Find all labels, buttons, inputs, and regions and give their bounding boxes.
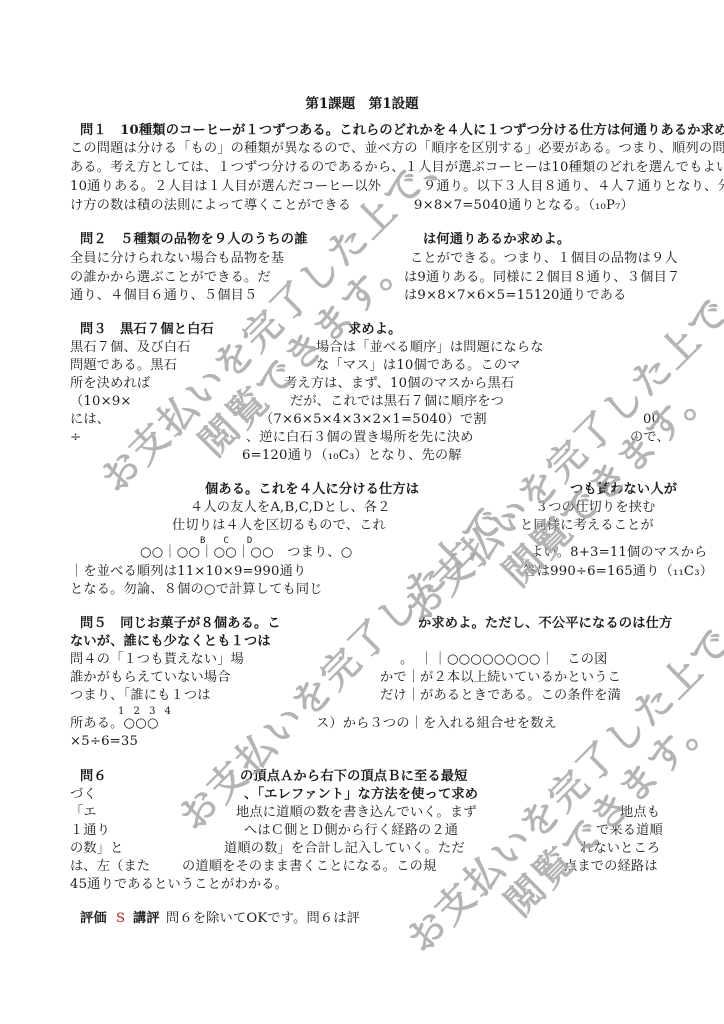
q5-heading-2: ないが、誰にも少なくとも１つは bbox=[70, 634, 271, 650]
q4-line-2b: と同様に考えることが bbox=[520, 518, 654, 534]
q6-line-2b: 地点に道順の数を書き込んでいく。まず bbox=[236, 805, 477, 821]
q3-line-6a: ÷ bbox=[70, 430, 81, 446]
q4-line-1a: ４人の友人をA,B,C,Dとし、各２ bbox=[190, 500, 391, 516]
q3-line-6b: 、逆に白石３個の置き場所を先に決め bbox=[246, 430, 474, 446]
q1-line-3a: 10通りある。２人目は１人目が選んだコーヒー以外 bbox=[70, 179, 381, 195]
q6-line-4a: の数」と bbox=[70, 841, 124, 857]
q5-line-3a: つまり、「誰にも１つは bbox=[70, 688, 211, 704]
q3-line-5b: （7×6×5×4×3×2×1=5040）で割 bbox=[260, 412, 487, 428]
q2-line-2b: は9通りある。同様に２個目８通り、３個目７ bbox=[404, 270, 680, 286]
q2-line-3a: 通り、４個目６通り、５個目５ bbox=[70, 288, 257, 304]
q6-line-3c: で来る道順 bbox=[596, 823, 663, 839]
q2-heading-a: 問２ ５種類の品物を９人のうちの誰 bbox=[80, 232, 308, 248]
q3-line-4a: （10×9× bbox=[70, 394, 132, 410]
q2-line-3b: は9×8×7×6×5=15120通りである bbox=[404, 288, 626, 304]
q6-line-1a: づく bbox=[70, 787, 97, 803]
comment-text: 問６を除いてOKです。問６は評 bbox=[166, 911, 360, 927]
q3-line-5a: には、 bbox=[70, 412, 110, 428]
q1-line-4a: け方の数は積の法則によって導くことができる bbox=[70, 198, 351, 214]
q4-line-2a: 仕切りは４人を区切るもので、これ bbox=[172, 518, 386, 534]
q6-heading-b: の頂点Ａから右下の頂点Ｂに至る最短 bbox=[240, 769, 468, 785]
q3-line-2b: な「マス」は10個である。このマ bbox=[316, 358, 521, 374]
q2-line-1b: ことができる。つまり、１個目の品物は９人 bbox=[410, 251, 678, 267]
q6-line-2a: 「エ bbox=[70, 805, 97, 821]
comment-label: 講評 bbox=[133, 911, 160, 927]
q3-line-3b: 考え方は、まず、10個のマスから黒石 bbox=[284, 376, 514, 392]
q6-line-5b: の道順をそのまま書くことになる。この規 bbox=[182, 859, 436, 875]
q3-heading-b: 求めよ。 bbox=[348, 322, 402, 338]
q5-heading-a: 問５ 同じお菓子が８個ある。こ bbox=[80, 616, 281, 632]
q4-heading-a: 個ある。これを４人に分ける仕方は bbox=[205, 482, 419, 498]
q5-line-5: ×5÷6=35 bbox=[70, 734, 138, 750]
q6-line-4c: れないところ bbox=[580, 841, 660, 857]
q5-line-2b: かで｜が２本以上続いているかというこ bbox=[380, 670, 621, 686]
q3-line-5c: 00 bbox=[643, 412, 660, 428]
document-page: 第1課題 第1設題 問１ 10種類のコーヒーが１つずつある。これらのどれかを４人… bbox=[0, 0, 724, 1024]
q2-line-2a: の誰かから選ぶことができる。だ bbox=[70, 270, 271, 286]
q5-line-2a: 誰かがもらえていない場合 bbox=[70, 670, 231, 686]
q6-line-5c: 点までの経路は bbox=[564, 859, 658, 875]
q5-line-1a: 問４の「１つも貰えない」場 bbox=[70, 652, 244, 668]
q4-line-4b: 、答は990÷6=165通り（₁₁C₃） bbox=[510, 564, 713, 580]
q6-heading-a: 問６ bbox=[80, 769, 107, 785]
q3-line-3a: 所を決めれば bbox=[70, 376, 150, 392]
q6-line-1b: 、「エレファント」な方法を使って求め bbox=[244, 787, 478, 803]
q6-line-4b: 道順の数」を合計し記入していく。ただ bbox=[224, 841, 465, 857]
q3-line-7: 6=120通り（₁₀C₃）となり、先の解 bbox=[242, 448, 462, 464]
q1-line-3b: ９通り。以下３人目８通り、４人７通りとなり、分 bbox=[423, 179, 724, 195]
q2-line-1a: 全員に分けられない場合も品物を基 bbox=[70, 251, 284, 267]
q6-line-3b: へはＣ側とＤ側から行く経路の２通 bbox=[244, 823, 458, 839]
q6-line-2c: 地点も bbox=[620, 805, 660, 821]
q5-line-4a: 所ある。○○○ bbox=[70, 716, 159, 732]
q3-line-6c: ので、 bbox=[630, 430, 670, 446]
q5-line-1b: 。 ｜｜○○○○○○○○｜ この図 bbox=[400, 652, 608, 668]
evaluation-grade: S bbox=[116, 911, 125, 927]
q5-line-3b: だけ｜があるときである。この条件を満 bbox=[380, 688, 621, 704]
q3-line-1a: 黒石７個、及び白石 bbox=[70, 340, 191, 356]
q1-heading: 問１ 10種類のコーヒーが１つずつある。これらのどれかを４人に１つずつ分ける仕方… bbox=[80, 123, 724, 139]
q4-line-3a: ○○｜○○｜○○｜○○ つまり、○ bbox=[140, 545, 352, 561]
q1-line-4b: 9×8×7=5040通りとなる。（₁₀P₇） bbox=[414, 198, 634, 214]
q3-line-1b: 場合は「並べる順序」は問題にならな bbox=[316, 340, 544, 356]
q4-line-4a: ｜を並べる順列は11×10×9=990通り bbox=[70, 564, 306, 580]
q4-heading-b: つも貰わない人が bbox=[570, 482, 677, 498]
q2-heading-b: は何通りあるか求めよ。 bbox=[423, 232, 570, 248]
q6-line-5a: は、左（また bbox=[70, 859, 150, 875]
q4-line-5: となる。勿論、８個の○で計算しても同じ bbox=[70, 582, 323, 598]
q3-heading-a: 問３ 黒石７個と白石 bbox=[80, 322, 214, 338]
q4-line-3b: よい。8+3=11個のマスから bbox=[530, 545, 707, 561]
q1-line-1: この問題は分ける「もの」の種類が異なるので、並べ方の「順序を区別する」必要がある… bbox=[70, 141, 724, 157]
page-title: 第1課題 第1設題 bbox=[0, 92, 724, 112]
q6-line-3a: １通り bbox=[70, 823, 110, 839]
q5-line-4b: ス）から３つの｜を入れる組合せを数え bbox=[316, 716, 557, 732]
q1-line-2: ある。考え方としては、１つずつ分けるのであるから、１人目が選ぶコーヒーは10種類… bbox=[70, 160, 724, 176]
q3-line-4b: だが、これでは黒石７個に順序をつ bbox=[290, 394, 504, 410]
q5-heading-b: か求めよ。ただし、不公平になるのは仕方 bbox=[418, 616, 672, 632]
q3-line-2a: 問題である。黒石 bbox=[70, 358, 177, 374]
q6-line-6: 45通りであるということがわかる。 bbox=[70, 877, 288, 893]
q4-line-1b: ３つの仕切りを挟む bbox=[535, 500, 656, 516]
evaluation-label: 評価 bbox=[80, 911, 107, 927]
